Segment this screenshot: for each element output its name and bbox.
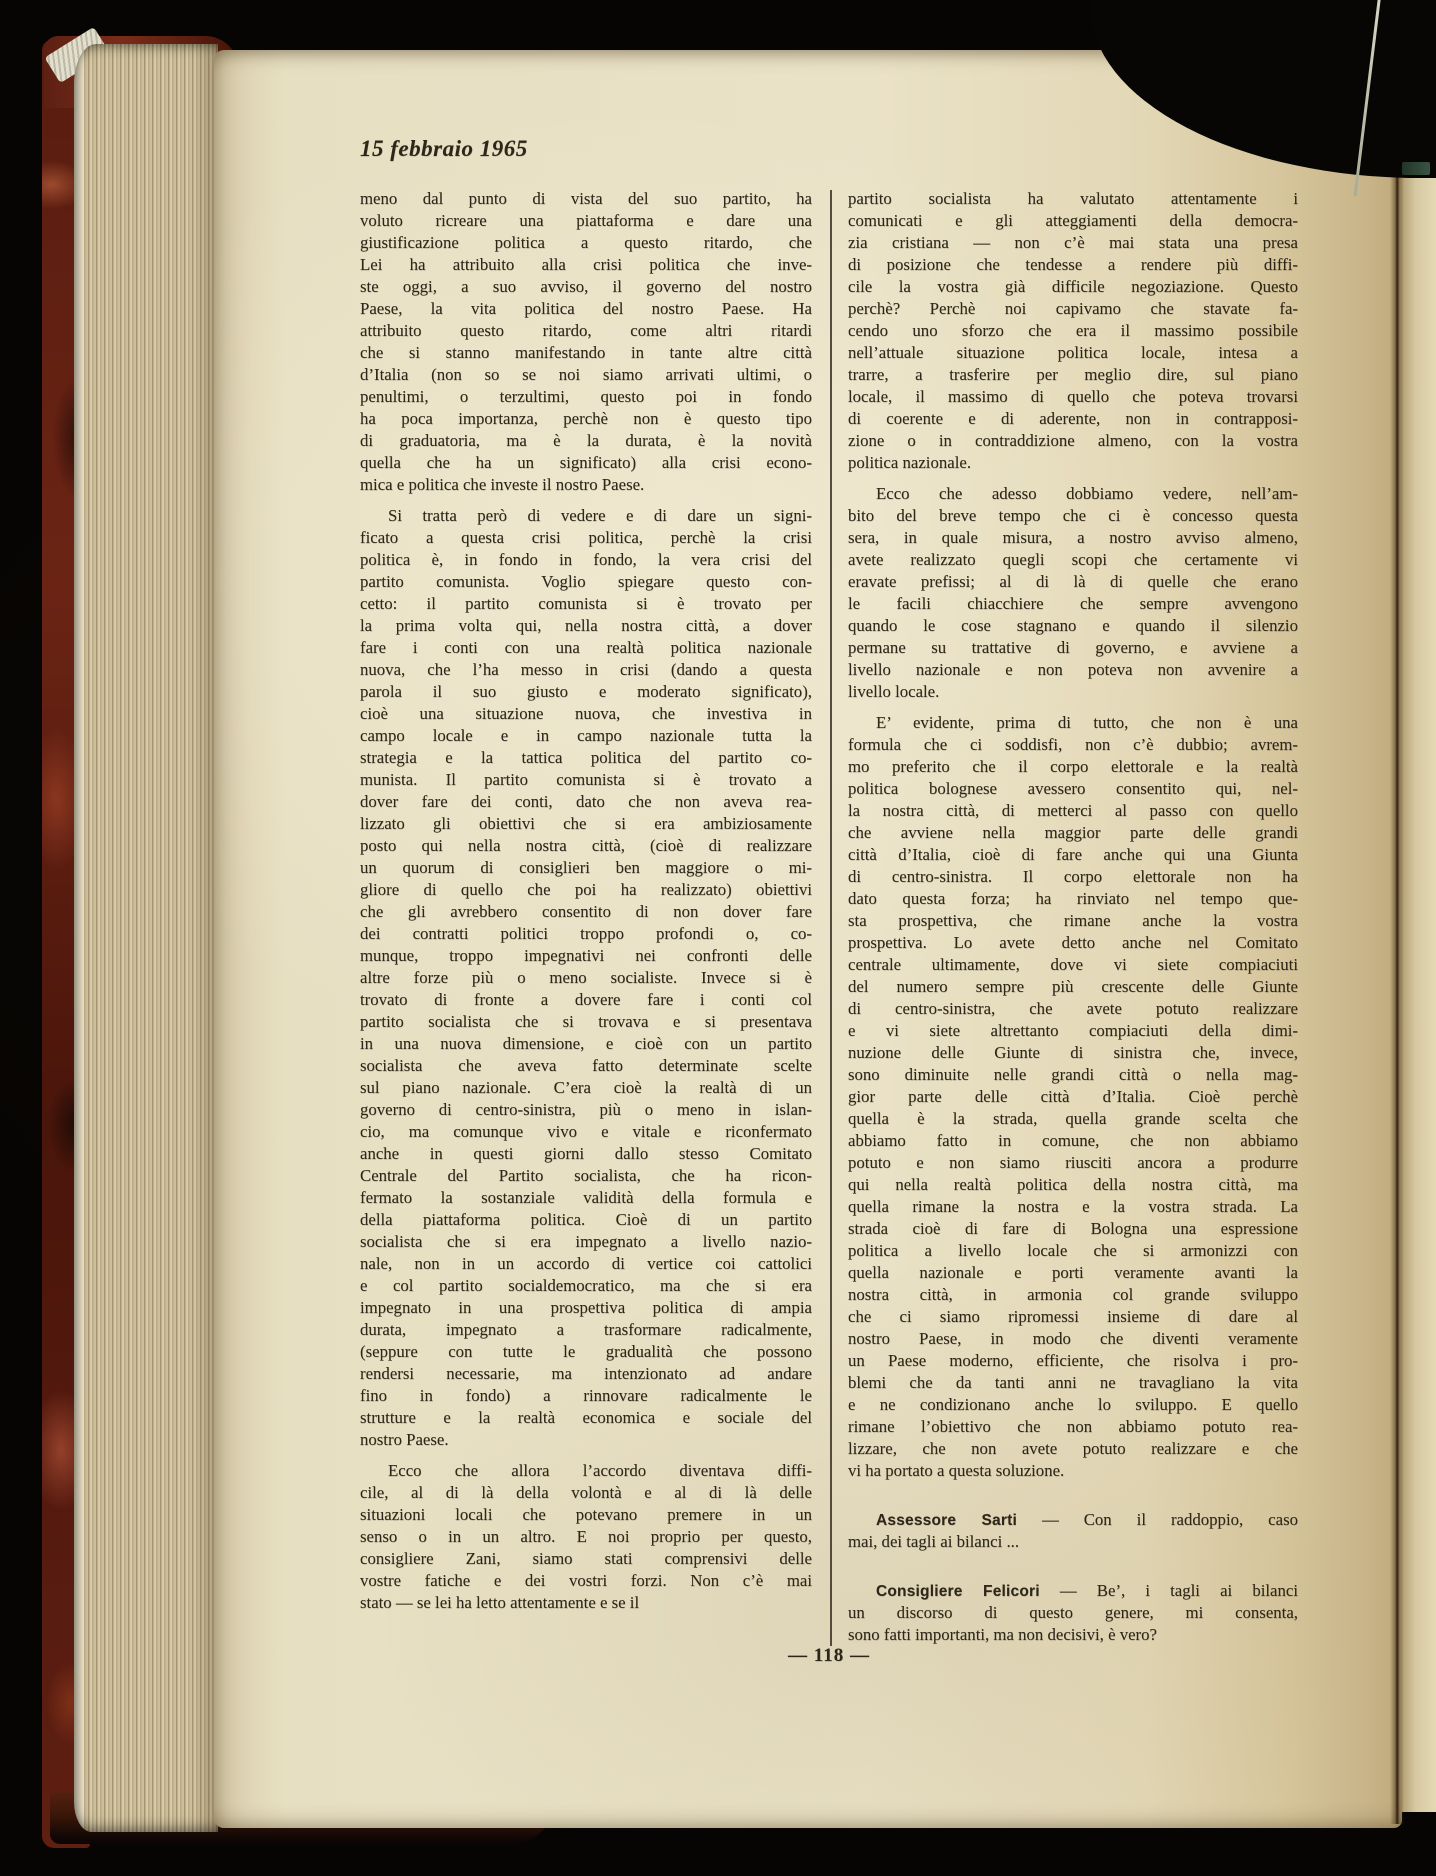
- text-line: le facili chiacchiere che sempre avvengo…: [848, 593, 1298, 615]
- header-date: 15 febbraio 1965: [360, 134, 528, 164]
- paragraph: Si tratta però di vedere e di dare un si…: [360, 505, 812, 1451]
- text-line: Paese, la vita politica del nostro Paese…: [360, 298, 812, 320]
- text-line: cendo uno sforzo che era il massimo poss…: [848, 320, 1298, 342]
- text-line: che avviene nella maggior parte delle gr…: [848, 822, 1298, 844]
- text-line: socialista che si era impegnato a livell…: [360, 1231, 812, 1253]
- text-line: sta prospettiva, che rimane anche la vos…: [848, 910, 1298, 932]
- text-line: vostre fatiche e dei vostri forzi. Non c…: [360, 1570, 812, 1592]
- text-line: durata, impegnato a trasformare radicalm…: [360, 1319, 812, 1341]
- text-line: Ecco che allora l’accordo diventava diff…: [360, 1460, 812, 1482]
- page-number: — 118 —: [360, 1645, 1298, 1667]
- text-line: di centro-sinistra. Il corpo elettorale …: [848, 866, 1298, 888]
- text-line: rimane l’obiettivo che non abbiamo potut…: [848, 1416, 1298, 1438]
- text-column-right: partito socialista ha valutato attentame…: [848, 188, 1298, 1646]
- text-line: nell’attuale situazione politica locale,…: [848, 342, 1298, 364]
- text-line: nostro Paese.: [360, 1429, 812, 1451]
- text-line: vi ha portato a questa soluzione.: [848, 1460, 1298, 1482]
- text-line: prospettiva. Lo avete detto anche nel Co…: [848, 932, 1298, 954]
- text-line: Lei ha attribuito alla crisi politica ch…: [360, 254, 812, 276]
- text-line: senso o in un altro. E noi proprio per q…: [360, 1526, 812, 1548]
- text-line: Consigliere Felicori — Be’, i tagli ai b…: [848, 1580, 1298, 1602]
- gutter-shadow: [1390, 56, 1404, 1824]
- text-line: mo preferito che il corpo elettorale e l…: [848, 756, 1298, 778]
- text-line: cio, ma comunque vivo e vitale e riconfe…: [360, 1121, 812, 1143]
- text-line: dato questa forza; ha rinviato nel tempo…: [848, 888, 1298, 910]
- text-line: zione o in contraddizione almeno, con la…: [848, 430, 1298, 452]
- text-line: attribuito questo ritardo, come altri ri…: [360, 320, 812, 342]
- text-line: rendersi necessarie, ma intenzionato ad …: [360, 1363, 812, 1385]
- text-line: Centrale del Partito socialista, che ha …: [360, 1165, 812, 1187]
- page-stack-edge: [74, 44, 218, 1832]
- text-line: quando le cose stagnano e quando il sile…: [848, 615, 1298, 637]
- paragraph: Ecco che adesso dobbiamo vedere, nell’am…: [848, 483, 1298, 703]
- text-line: quella è la strada, quella grande scelta…: [848, 1108, 1298, 1130]
- column-divider-rule: [830, 190, 832, 1646]
- text-line: in una nuova dimensione, e cioè con un p…: [360, 1033, 812, 1055]
- text-line: anche in questi giorni dallo stesso Comi…: [360, 1143, 812, 1165]
- text-line: campo locale e in campo nazionale tutta …: [360, 725, 812, 747]
- text-line: Si tratta però di vedere e di dare un si…: [360, 505, 812, 527]
- text-line: mai, dei tagli ai bilanci ...: [848, 1531, 1298, 1553]
- text-line: nuova, che l’ha messo in crisi (dando a …: [360, 659, 812, 681]
- text-line: sul piano nazionale. C’era cioè la realt…: [360, 1077, 812, 1099]
- text-line: avete realizzato quegli scopi che certam…: [848, 549, 1298, 571]
- text-line: meno dal punto di vista del suo partito,…: [360, 188, 812, 210]
- text-line: abbiamo fatto in comune, che non abbiamo: [848, 1130, 1298, 1152]
- text-line: politica a livello locale che si armoniz…: [848, 1240, 1298, 1262]
- text-line: nale, non in un accordo di vertice coi c…: [360, 1253, 812, 1275]
- scanned-book-photo: { "page": { "header_date": "15 febbraio …: [0, 0, 1436, 1876]
- text-line: (seppure con tutte le gradualità che pos…: [360, 1341, 812, 1363]
- text-line: ha poca importanza, perchè non è questo …: [360, 408, 812, 430]
- text-line: Assessore Sarti — Con il raddoppio, caso: [848, 1509, 1298, 1531]
- text-line: nuzione delle Giunte di sinistra che, in…: [848, 1042, 1298, 1064]
- text-line: zia cristiana — non c’è mai stata una pr…: [848, 232, 1298, 254]
- text-line: partito socialista ha valutato attentame…: [848, 188, 1298, 210]
- text-line: eravate prefissi; al di là di quelle che…: [848, 571, 1298, 593]
- text-line: che gli avrebbero consentito di non dove…: [360, 901, 812, 923]
- text-line: munista. Il partito comunista si è trova…: [360, 769, 812, 791]
- text-line: quella nazionale e porti veramente avant…: [848, 1262, 1298, 1284]
- text-line: ste oggi, a suo avviso, il governo del n…: [360, 276, 812, 298]
- text-line: d’Italia (non so se noi siamo arrivati u…: [360, 364, 812, 386]
- text-line: dover fare dei conti, dato che non aveva…: [360, 791, 812, 813]
- text-line: gior parte delle città d’Italia. Cioè pe…: [848, 1086, 1298, 1108]
- text-line: nostro Paese, in modo che diventi verame…: [848, 1328, 1298, 1350]
- text-columns: meno dal punto di vista del suo partito,…: [360, 188, 1298, 1646]
- text-line: nostra città, in armonia col grande svil…: [848, 1284, 1298, 1306]
- text-line: sera, in quale misura, a nostro avviso a…: [848, 527, 1298, 549]
- text-line: locale, il massimo di quello che poteva …: [848, 386, 1298, 408]
- text-line: quella rimane la nostra e la vostra stra…: [848, 1196, 1298, 1218]
- text-line: di centro-sinistra, che avete potuto rea…: [848, 998, 1298, 1020]
- text-line: altre forze più o meno socialiste. Invec…: [360, 967, 812, 989]
- text-line: centrale ultimamente, dove vi siete comp…: [848, 954, 1298, 976]
- text-line: livello nazionale e non poteva non avven…: [848, 659, 1298, 681]
- text-line: e vi siete altrettanto compiaciuti della…: [848, 1020, 1298, 1042]
- text-line: un quorum di consiglieri ben maggiore o …: [360, 857, 812, 879]
- text-line: parola il suo giusto e moderato signific…: [360, 681, 812, 703]
- text-line: un discorso di questo genere, mi consent…: [848, 1602, 1298, 1624]
- text-line: potuto e non siamo riusciti ancora a pro…: [848, 1152, 1298, 1174]
- text-line: della piattaforma politica. Cioè di un p…: [360, 1209, 812, 1231]
- text-line: posto qui nella nostra città, (cioè di r…: [360, 835, 812, 857]
- text-line: di posizione che tendesse a rendere più …: [848, 254, 1298, 276]
- text-line: e ne condizionano anche lo sviluppo. E q…: [848, 1394, 1298, 1416]
- text-line: cetto: il partito comunista si è trovato…: [360, 593, 812, 615]
- text-line: e col partito socialdemocratico, ma che …: [360, 1275, 812, 1297]
- text-line: fermato la sostanziale validità della fo…: [360, 1187, 812, 1209]
- text-line: di graduatoria, ma è la durata, è la nov…: [360, 430, 812, 452]
- text-line: sono diminuite nelle grandi città o nell…: [848, 1064, 1298, 1086]
- text-line: comunicati e gli atteggiamenti della dem…: [848, 210, 1298, 232]
- text-line: partito comunista. Voglio spiegare quest…: [360, 571, 812, 593]
- text-line: lizzare, che non avete potuto realizzare…: [848, 1438, 1298, 1460]
- text-line: E’ evidente, prima di tutto, che non è u…: [848, 712, 1298, 734]
- text-line: la prima volta qui, nella nostra città, …: [360, 615, 812, 637]
- text-line: livello locale.: [848, 681, 1298, 703]
- text-line: cile, al di là della volontà e al di là …: [360, 1482, 812, 1504]
- text-line: dei contratti politici troppo profondi o…: [360, 923, 812, 945]
- text-line: la nostra città, di metterci al passo co…: [848, 800, 1298, 822]
- text-line: quella che ha un significato) alla crisi…: [360, 452, 812, 474]
- text-line: bito del breve tempo che ci è concesso q…: [848, 505, 1298, 527]
- text-line: socialista che aveva fatto determinate s…: [360, 1055, 812, 1077]
- text-line: sono fatti importanti, ma non decisivi, …: [848, 1624, 1298, 1646]
- text-line: penultimi, o terzultimi, questo poi in f…: [360, 386, 812, 408]
- adjacent-page-edge: [1402, 64, 1436, 1812]
- text-line: lizzato gli obiettivi che si era ambizio…: [360, 813, 812, 835]
- text-line: politica bolognese avessero consentito q…: [848, 778, 1298, 800]
- text-line: trarre, a trasferire per meglio dire, su…: [848, 364, 1298, 386]
- text-line: politica nazionale.: [848, 452, 1298, 474]
- text-line: politica è, in fondo in fondo, la vera c…: [360, 549, 812, 571]
- text-line: fino in fondo) a rinnovare radicalmente …: [360, 1385, 812, 1407]
- text-line: strada cioè di fare di Bologna una espre…: [848, 1218, 1298, 1240]
- headband: [1402, 162, 1430, 175]
- text-line: di coerente e di aderente, non in contra…: [848, 408, 1298, 430]
- text-line: munque, troppo impegnativi nei confronti…: [360, 945, 812, 967]
- paragraph: meno dal punto di vista del suo partito,…: [360, 188, 812, 496]
- speaker-name: Consigliere Felicori: [876, 1583, 1040, 1600]
- text-column-left: meno dal punto di vista del suo partito,…: [360, 188, 812, 1646]
- speaker-name: Assessore Sarti: [876, 1512, 1017, 1529]
- text-line: blemi che da tanti anni ne travagliano l…: [848, 1372, 1298, 1394]
- text-line: ficato a questa crisi politica, perchè l…: [360, 527, 812, 549]
- text-line: strategia e la tattica politica del part…: [360, 747, 812, 769]
- text-line: stato — se lei ha letto attentamente e s…: [360, 1592, 812, 1614]
- speech-paragraph: Consigliere Felicori — Be’, i tagli ai b…: [848, 1580, 1298, 1646]
- text-line: che si stanno manifestando in tante altr…: [360, 342, 812, 364]
- text-line: cioè una situazione nuova, che investiva…: [360, 703, 812, 725]
- text-line: partito socialista che si trovava e si p…: [360, 1011, 812, 1033]
- text-line: governo di centro-sinistra, più o meno i…: [360, 1099, 812, 1121]
- text-line: situazioni locali che potevano premere i…: [360, 1504, 812, 1526]
- text-line: mica e politica che investe il nostro Pa…: [360, 474, 812, 496]
- paragraph: Ecco che allora l’accordo diventava diff…: [360, 1460, 812, 1614]
- text-line: Ecco che adesso dobbiamo vedere, nell’am…: [848, 483, 1298, 505]
- text-line: giustificazione politica a questo ritard…: [360, 232, 812, 254]
- text-line: voluto ricreare una piattaforma e dare u…: [360, 210, 812, 232]
- paragraph: partito socialista ha valutato attentame…: [848, 188, 1298, 474]
- text-line: trovato di fronte a dovere fare i conti …: [360, 989, 812, 1011]
- text-line: qui nella realtà politica della nostra c…: [848, 1174, 1298, 1196]
- text-line: cile la vostra già difficile negoziazion…: [848, 276, 1298, 298]
- text-line: che ci siamo ripromessi insieme di dare …: [848, 1306, 1298, 1328]
- text-line: impegnato in una prospettiva politica di…: [360, 1297, 812, 1319]
- paragraph: E’ evidente, prima di tutto, che non è u…: [848, 712, 1298, 1482]
- text-line: permane su trattative di governo, e avvi…: [848, 637, 1298, 659]
- text-line: strutture e la realtà economica e social…: [360, 1407, 812, 1429]
- text-line: consigliere Zani, siamo stati comprensiv…: [360, 1548, 812, 1570]
- speech-paragraph: Assessore Sarti — Con il raddoppio, caso…: [848, 1509, 1298, 1553]
- text-line: città d’Italia, cioè di fare anche qui u…: [848, 844, 1298, 866]
- text-line: perchè? Perchè noi capivamo che stavate …: [848, 298, 1298, 320]
- text-line: fare i conti con una realtà politica naz…: [360, 637, 812, 659]
- text-line: formula che ci soddisfi, non c’è dubbio;…: [848, 734, 1298, 756]
- text-line: del numero sempre più crescente delle Gi…: [848, 976, 1298, 998]
- text-line: gliore di quello che poi ha realizzato) …: [360, 879, 812, 901]
- text-line: un Paese moderno, efficiente, che risolv…: [848, 1350, 1298, 1372]
